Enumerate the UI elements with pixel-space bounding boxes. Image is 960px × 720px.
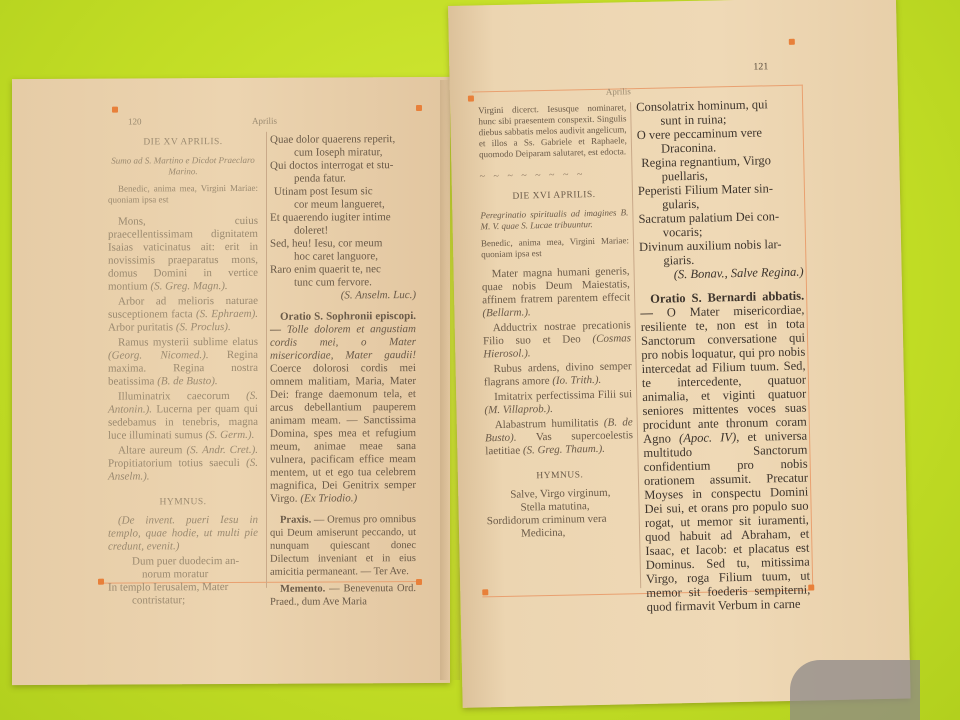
memento-title: Memento. [280,584,325,595]
intro-small: Benedic, anima mea, Virgini Mariae: quon… [108,183,258,206]
page-number: 121 [753,61,768,72]
paragraph: Mons, cuius praecellentissimam dignitate… [108,215,258,294]
verse-line: Raro enim quaerit te, nec [270,263,416,277]
praxis-title: Praxis. [280,515,311,526]
verse-line: Utinam post Iesum sic [270,185,416,199]
verse-line: Qui doctos interrogat et stu- [270,159,416,173]
paragraph: Mater magna humani generis, quae nobis D… [482,265,631,320]
verse-line: Sed, heu! Iesu, cor meum [270,237,416,251]
right-page: Aprilis 121 Virgini dicerct. Iesusque no… [448,0,911,708]
verse-line: tunc cum fervore. [270,276,416,290]
right-col2: Consolatrix hominum, qui sunt in ruina; … [636,97,811,616]
paragraph: Ramus mysterii sublime elatus (Georg. Ni… [108,336,258,389]
oratio-italic: Tolle dolorem et angustiam cordis mei, o… [270,323,416,362]
hymn-line: Dum puer duodecim an- [108,555,258,569]
running-head: Aprilis [252,116,277,126]
day-title: DIE XV APRILIS. [108,136,258,150]
hymn-title: HYMNUS. [108,497,258,509]
carryover-text: Virgini dicerct. Iesusque nominaret, hun… [478,102,627,160]
page-number: 120 [128,116,142,126]
left-col1: DIE XV APRILIS. Sumo ad S. Martino e Dic… [108,132,258,608]
intro-small: Benedic, anima mea, Virgini Mariae: quon… [481,235,629,260]
oratio-text-continued: et universa multitudo Sanctorum confiden… [643,429,810,614]
intro-italic: Sumo ad S. Martino e Dicdot Praeclaro Ma… [108,155,258,178]
running-head: Aprilis [606,86,631,97]
open-book: 120 Aprilis DIE XV APRILIS. Sumo ad S. M… [0,0,960,720]
oratio-text: O Mater misericordiae, resiliente te, no… [641,303,807,446]
corner-mark [416,105,422,111]
paragraph: Rubus ardens, divino semper flagrans amo… [483,360,632,389]
verse-line: cor meum langueret, [270,198,416,212]
verse-line: penda fatur. [270,172,416,186]
column-divider [266,132,267,588]
hymn-line: norum moratur [108,568,258,582]
hymn-line: contristatur; [108,594,258,608]
corner-mark [416,579,422,585]
paragraph: Arbor ad melioris naturae susceptionem f… [108,295,258,335]
paragraph: Imitatrix perfectissima Filii sui (M. Vi… [484,388,633,417]
ornament-divider: ~ ~ ~ ~ ~ ~ ~ ~ [479,167,627,183]
oratio-citation: (Ex Triodio.) [300,492,357,504]
oratio-text: Coerce dolorosi cordis mei omnem malitia… [270,362,416,505]
paragraph: Alabastrum humilitatis (B. de Busto). Va… [485,416,634,458]
corner-mark [789,39,795,45]
paragraph: Adductrix nostrae precationis Filio suo … [483,319,632,361]
verse-line: Quae dolor quaerens reperit, [270,133,416,147]
verse-citation: (S. Anselm. Luc.) [270,289,416,303]
verse-line: doleret! [270,224,416,238]
corner-mark [468,95,474,101]
right-col1: Virgini dicerct. Iesusque nominaret, hun… [478,102,635,541]
verse-line: Et quaerendo iugiter intime [270,211,416,225]
verse-line: cum Ioseph miratur, [270,146,416,160]
hymn-note: (De invent. pueri Iesu in templo, quae h… [108,514,258,554]
corner-mark [482,589,488,595]
verse-line: hoc caret languore, [270,250,416,264]
hymn-line: In templo Ierusalem, Mater [108,581,258,595]
left-col2: Quae dolor quaerens reperit, cum Ioseph … [270,133,416,611]
left-page: 120 Aprilis DIE XV APRILIS. Sumo ad S. M… [12,77,450,685]
hymn-title: HYMNUS. [486,469,634,483]
intro-italic: Peregrinatio spiritualis ad imagines B. … [480,207,628,232]
corner-mark [112,107,118,113]
shadow [790,660,920,720]
day-title: DIE XVI APRILIS. [480,188,628,204]
corner-mark [98,579,104,585]
oratio-citation: (Apoc. IV), [679,430,740,445]
paragraph: Illuminatrix caecorum (S. Antonin.). Luc… [108,390,258,443]
paragraph: Altare aureum (S. Andr. Cret.). Propitia… [108,444,258,484]
